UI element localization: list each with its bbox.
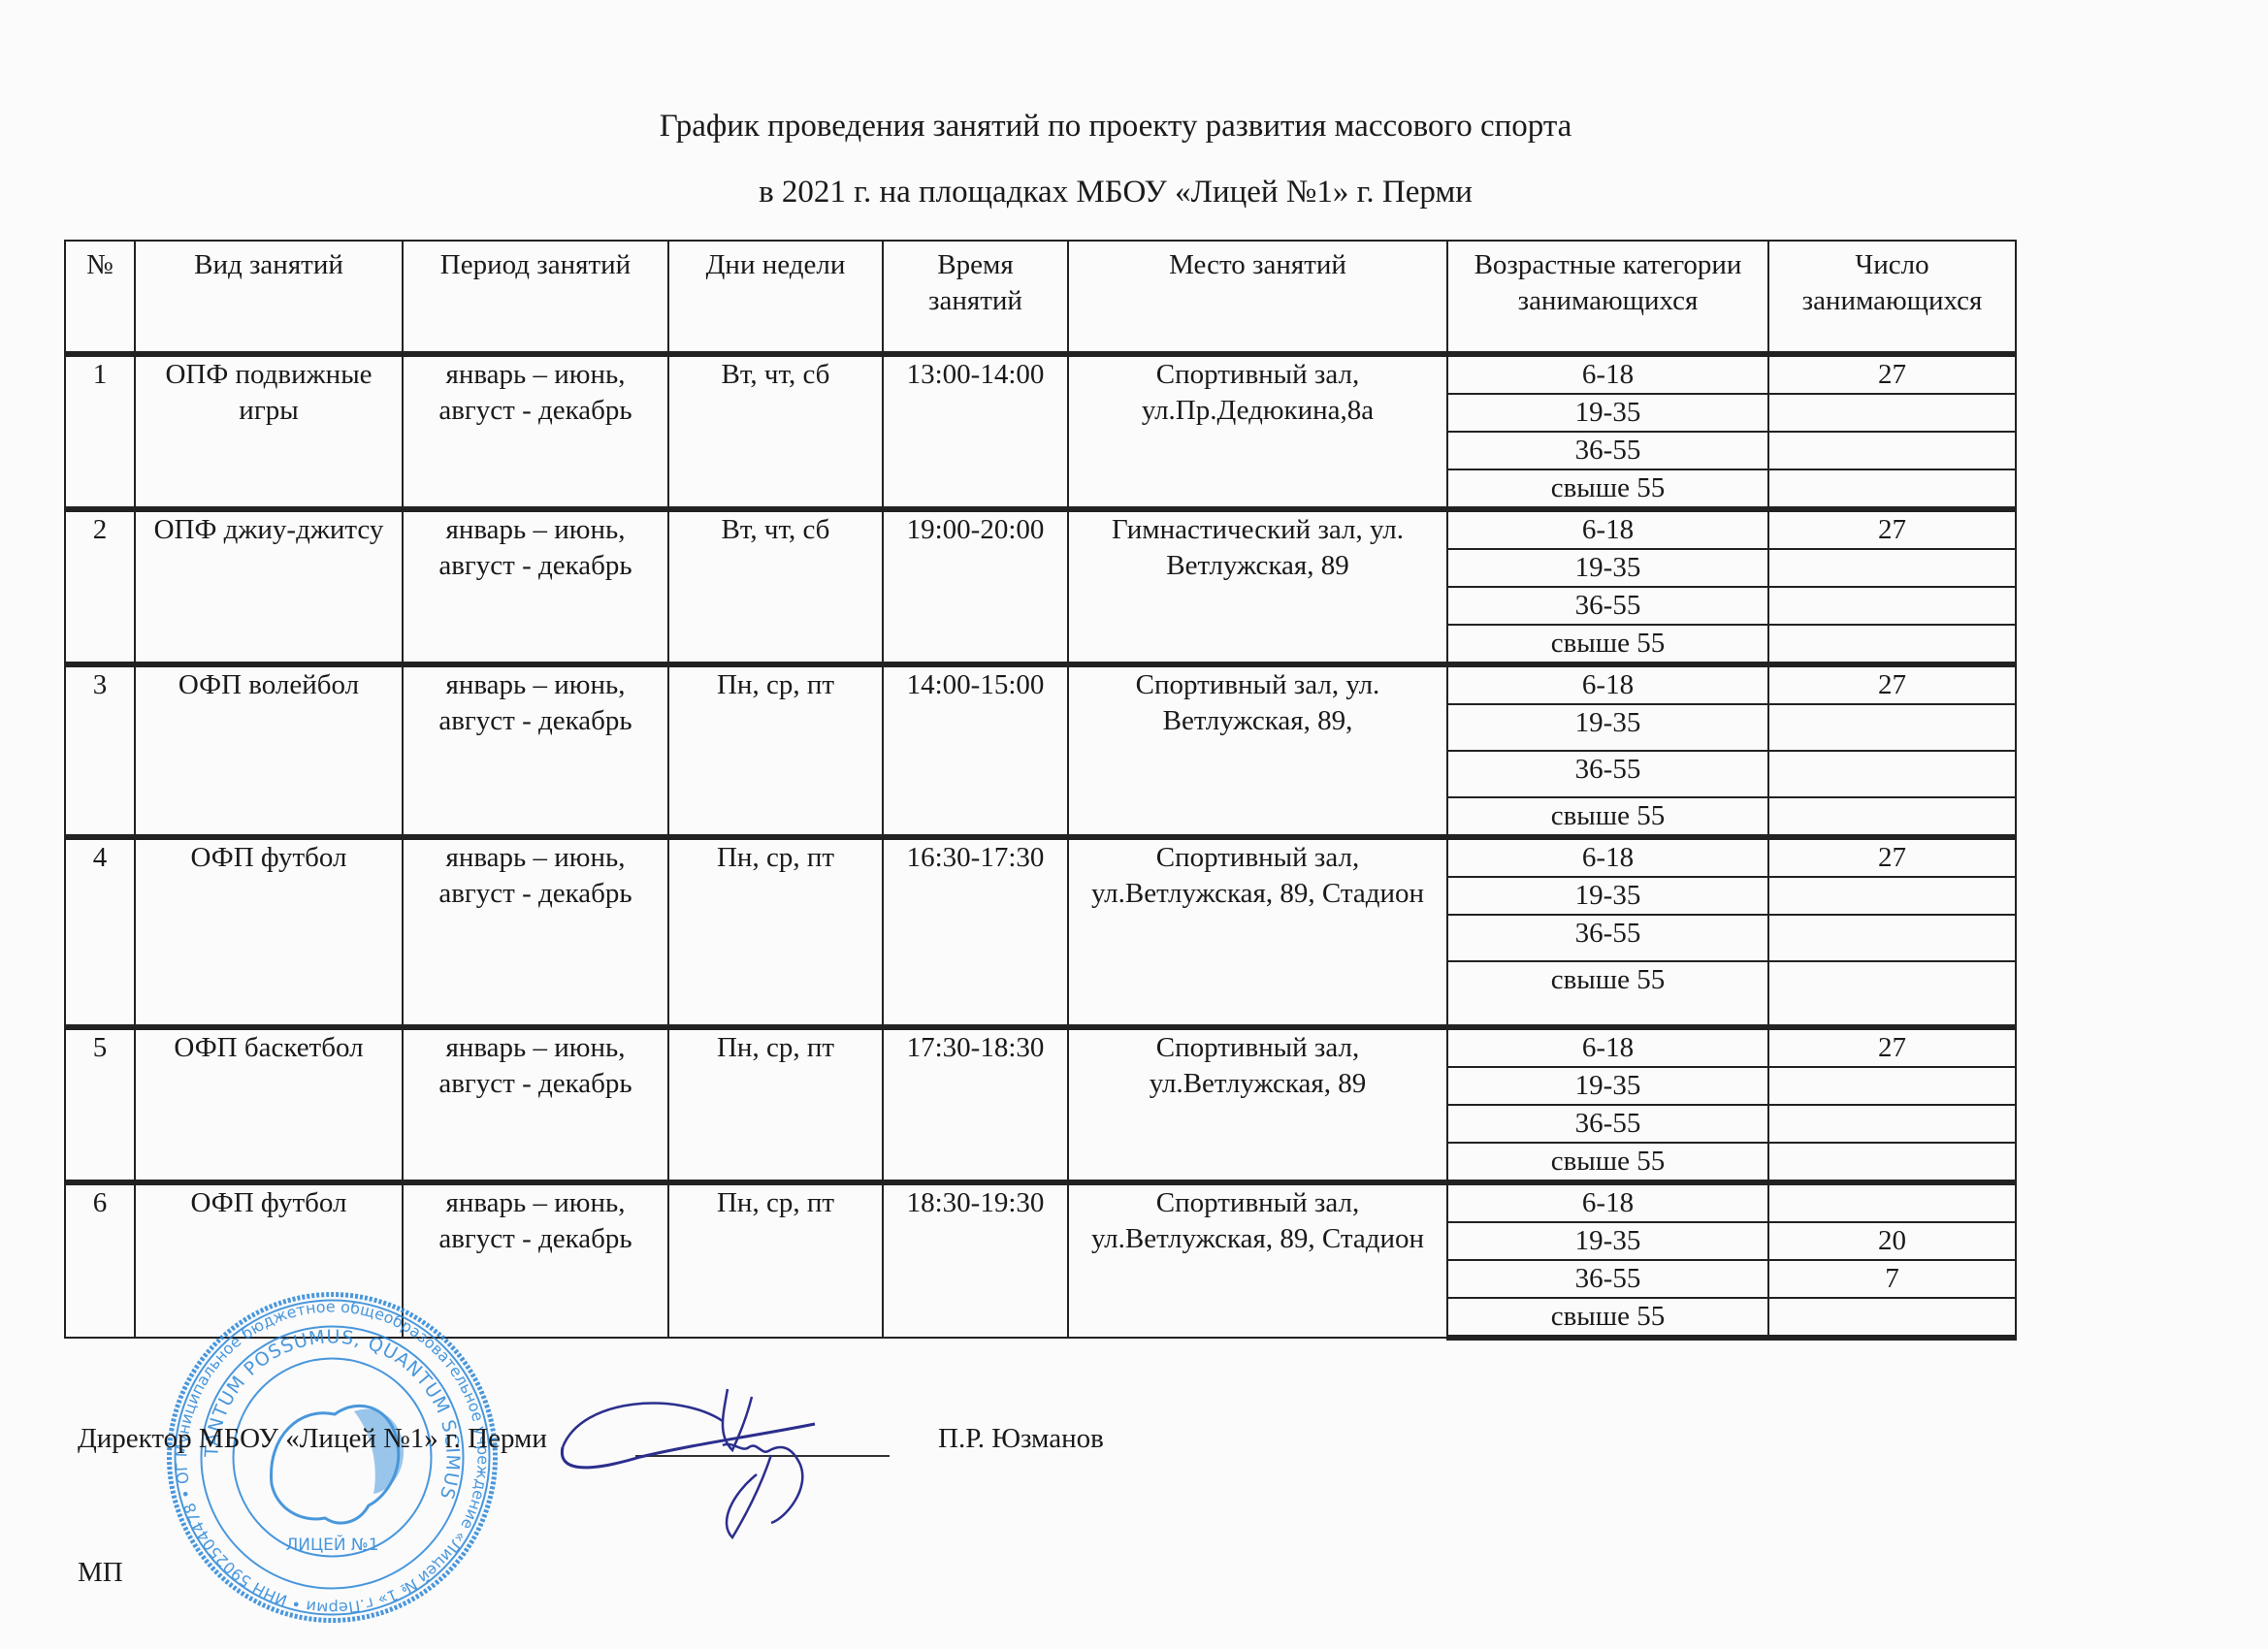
participant-count-cell: 27 <box>1768 509 2016 549</box>
age-category-cell: свыше 55 <box>1447 797 1768 837</box>
participant-count-cell: 27 <box>1768 664 2016 704</box>
time-slot-cell: 19:00-20:00 <box>883 509 1068 664</box>
participant-count-cell <box>1768 1298 2016 1338</box>
activity-type-cell: ОФП волейбол <box>135 664 403 837</box>
location-cell: Спортивный зал, ул.Пр.Дедюкина,8а <box>1068 354 1447 509</box>
age-category-cell: 36-55 <box>1447 587 1768 625</box>
weekdays-cell: Пн, ср, пт <box>668 1182 883 1338</box>
time-slot-cell: 17:30-18:30 <box>883 1027 1068 1182</box>
participant-count-cell <box>1768 961 2016 1027</box>
seal-label: МП <box>78 1557 123 1589</box>
participant-count-cell <box>1768 549 2016 587</box>
table-row: 6ОФП футболянварь – июнь, август - декаб… <box>65 1182 2016 1222</box>
participant-count-cell <box>1768 432 2016 469</box>
location-cell: Спортивный зал, ул.Ветлужская, 89, Стади… <box>1068 1182 1447 1338</box>
row-number-cell: 4 <box>65 837 135 1027</box>
age-category-cell: 36-55 <box>1447 1260 1768 1298</box>
age-category-cell: 19-35 <box>1447 704 1768 751</box>
participant-count-cell <box>1768 704 2016 751</box>
director-name: П.Р. Юзманов <box>938 1423 1104 1455</box>
schedule-body: 1ОПФ подвижные игрыянварь – июнь, август… <box>65 354 2016 1338</box>
age-category-cell: 6-18 <box>1447 837 1768 877</box>
header-activity: Вид занятий <box>135 241 403 354</box>
age-category-cell: свыше 55 <box>1447 1298 1768 1338</box>
period-cell: январь – июнь, август - декабрь <box>403 1182 668 1338</box>
participant-count-cell: 27 <box>1768 1027 2016 1067</box>
document-title-line-2: в 2021 г. на площадках МБОУ «Лицей №1» г… <box>572 173 1659 211</box>
location-cell: Спортивный зал, ул.Ветлужская, 89, Стади… <box>1068 837 1447 1027</box>
age-category-cell: свыше 55 <box>1447 469 1768 509</box>
age-category-cell: 6-18 <box>1447 509 1768 549</box>
participant-count-cell <box>1768 1105 2016 1143</box>
activity-type-cell: ОФП футбол <box>135 1182 403 1338</box>
signature-line <box>635 1455 890 1457</box>
weekdays-cell: Вт, чт, сб <box>668 354 883 509</box>
table-row: 5ОФП баскетболянварь – июнь, август - де… <box>65 1027 2016 1067</box>
participant-count-cell <box>1768 915 2016 961</box>
header-age-categories: Возрастные категории занимающихся <box>1447 241 1768 354</box>
signature-icon <box>524 1377 873 1542</box>
participant-count-cell <box>1768 1143 2016 1182</box>
table-row: 2ОПФ джиу-джитсуянварь – июнь, август - … <box>65 509 2016 549</box>
participant-count-cell <box>1768 587 2016 625</box>
participant-count-cell: 27 <box>1768 354 2016 394</box>
age-category-cell: свыше 55 <box>1447 1143 1768 1182</box>
time-slot-cell: 14:00-15:00 <box>883 664 1068 837</box>
age-category-cell: 36-55 <box>1447 751 1768 797</box>
age-category-cell: свыше 55 <box>1447 961 1768 1027</box>
table-header-row: № Вид занятий Период занятий Дни недели … <box>65 241 2016 354</box>
age-category-cell: свыше 55 <box>1447 625 1768 664</box>
table-row: 1ОПФ подвижные игрыянварь – июнь, август… <box>65 354 2016 394</box>
age-category-cell: 6-18 <box>1447 1182 1768 1222</box>
participant-count-cell: 20 <box>1768 1222 2016 1260</box>
header-time: Время занятий <box>883 241 1068 354</box>
participant-count-cell <box>1768 394 2016 432</box>
time-slot-cell: 16:30-17:30 <box>883 837 1068 1027</box>
table-row: 3ОФП волейболянварь – июнь, август - дек… <box>65 664 2016 704</box>
row-number-cell: 1 <box>65 354 135 509</box>
weekdays-cell: Пн, ср, пт <box>668 1027 883 1182</box>
stamp-center-text: ЛИЦЕЙ №1 <box>285 1534 378 1555</box>
participant-count-cell <box>1768 625 2016 664</box>
period-cell: январь – июнь, август - декабрь <box>403 664 668 837</box>
age-category-cell: 36-55 <box>1447 432 1768 469</box>
period-cell: январь – июнь, август - декабрь <box>403 837 668 1027</box>
row-number-cell: 3 <box>65 664 135 837</box>
schedule-table: № Вид занятий Период занятий Дни недели … <box>64 240 2017 1341</box>
activity-type-cell: ОПФ джиу-джитсу <box>135 509 403 664</box>
participant-count-cell: 7 <box>1768 1260 2016 1298</box>
period-cell: январь – июнь, август - декабрь <box>403 1027 668 1182</box>
time-slot-cell: 13:00-14:00 <box>883 354 1068 509</box>
age-category-cell: 36-55 <box>1447 915 1768 961</box>
weekdays-cell: Пн, ср, пт <box>668 837 883 1027</box>
age-category-cell: 19-35 <box>1447 549 1768 587</box>
age-category-cell: 19-35 <box>1447 877 1768 915</box>
activity-type-cell: ОПФ подвижные игры <box>135 354 403 509</box>
age-category-cell: 6-18 <box>1447 354 1768 394</box>
header-number: № <box>65 241 135 354</box>
participant-count-cell <box>1768 1067 2016 1105</box>
table-row: 4ОФП футболянварь – июнь, август - декаб… <box>65 837 2016 877</box>
age-category-cell: 6-18 <box>1447 1027 1768 1067</box>
age-category-cell: 19-35 <box>1447 1222 1768 1260</box>
row-number-cell: 6 <box>65 1182 135 1338</box>
participant-count-cell <box>1768 877 2016 915</box>
header-days: Дни недели <box>668 241 883 354</box>
period-cell: январь – июнь, август - декабрь <box>403 354 668 509</box>
location-cell: Гимнастический зал, ул. Ветлужская, 89 <box>1068 509 1447 664</box>
activity-type-cell: ОФП футбол <box>135 837 403 1027</box>
weekdays-cell: Вт, чт, сб <box>668 509 883 664</box>
row-number-cell: 5 <box>65 1027 135 1182</box>
participant-count-cell <box>1768 751 2016 797</box>
header-period: Период занятий <box>403 241 668 354</box>
document-title-line-1: График проведения занятий по проекту раз… <box>572 107 1659 145</box>
activity-type-cell: ОФП баскетбол <box>135 1027 403 1182</box>
period-cell: январь – июнь, август - декабрь <box>403 509 668 664</box>
participant-count-cell <box>1768 1182 2016 1222</box>
location-cell: Спортивный зал, ул. Ветлужская, 89, <box>1068 664 1447 837</box>
time-slot-cell: 18:30-19:30 <box>883 1182 1068 1338</box>
weekdays-cell: Пн, ср, пт <box>668 664 883 837</box>
age-category-cell: 6-18 <box>1447 664 1768 704</box>
age-category-cell: 19-35 <box>1447 1067 1768 1105</box>
location-cell: Спортивный зал, ул.Ветлужская, 89 <box>1068 1027 1447 1182</box>
participant-count-cell <box>1768 797 2016 837</box>
age-category-cell: 19-35 <box>1447 394 1768 432</box>
participant-count-cell <box>1768 469 2016 509</box>
header-location: Место занятий <box>1068 241 1447 354</box>
svg-text:TANTUM POSSUMUS, QUANTUM SCIMU: TANTUM POSSUMUS, QUANTUM SCIMUS <box>201 1326 463 1502</box>
participant-count-cell: 27 <box>1768 837 2016 877</box>
row-number-cell: 2 <box>65 509 135 664</box>
director-title: Директор МБОУ «Лицей №1» г. Перми <box>78 1423 547 1455</box>
age-category-cell: 36-55 <box>1447 1105 1768 1143</box>
header-participant-count: Число занимающихся <box>1768 241 2016 354</box>
stamp-motto-text: TANTUM POSSUMUS, QUANTUM SCIMUS <box>201 1326 463 1502</box>
